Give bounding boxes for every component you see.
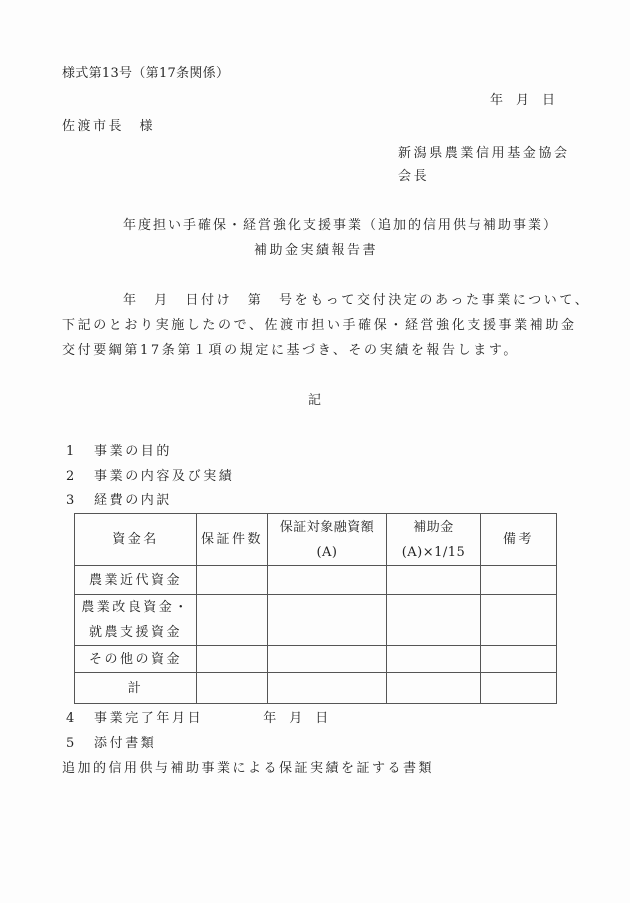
header-subsidy: 補助金 (A)×1/15 [387,514,481,566]
cell-remarks[interactable] [481,673,557,704]
fund-name-line-1: 農業改良資金・ [75,595,196,620]
item-number: 4 [66,710,94,728]
header-remarks: 備考 [481,514,557,566]
item-attachments: 5添付書類 [66,735,156,753]
header-sublabel: (A)×1/15 [387,540,480,565]
body-line-3: 交付要綱第17条第１項の規定に基づき、その実績を報告します。 [62,342,519,360]
item-label: 添付書類 [94,736,156,751]
cell-guarantee-count[interactable] [197,595,268,646]
cell-subsidy[interactable] [387,646,481,673]
completion-date-value: 年 月 日 [263,710,328,728]
cell-fund-name: その他の資金 [75,646,197,673]
item-number: 1 [66,443,94,461]
cell-fund-name: 農業近代資金 [75,566,197,595]
table-header-row: 資金名 保証件数 保証対象融資額 (A) 補助金 (A)×1/15 備考 [75,514,557,566]
cell-subsidy[interactable] [387,595,481,646]
cell-remarks[interactable] [481,646,557,673]
item-content: 2事業の内容及び実績 [66,468,234,486]
item-label: 事業の内容及び実績 [94,469,234,484]
cell-guarantee-amount[interactable] [268,566,387,595]
body-line-2: 下記のとおり実施したので、佐渡市担い手確保・経営強化支援事業補助金 [62,317,577,335]
header-fund-name: 資金名 [75,514,197,566]
cell-guarantee-count[interactable] [197,646,268,673]
body-line-1: 年 月 日付け 第 号をもって交付決定のあった事業について、 [123,292,590,310]
form-number: 様式第13号（第17条関係） [62,65,229,83]
sender-title: 会長 [398,168,429,186]
cell-remarks[interactable] [481,566,557,595]
cell-total-label: 計 [75,673,197,704]
document-title: 年度担い手確保・経営強化支援事業（追加的信用供与補助事業） [123,217,558,235]
item-number: 5 [66,735,94,753]
ki-heading: 記 [308,392,321,410]
cell-guarantee-amount[interactable] [268,595,387,646]
table-row: 農業近代資金 [75,566,557,595]
cell-guarantee-count[interactable] [197,566,268,595]
item-label: 事業の目的 [94,444,172,459]
cell-subsidy[interactable] [387,566,481,595]
report-date: 年 月 日 [490,92,555,110]
cell-guarantee-amount[interactable] [268,673,387,704]
cell-fund-name: 農業改良資金・ 就農支援資金 [75,595,197,646]
cell-remarks[interactable] [481,595,557,646]
sender-organization: 新潟県農業信用基金協会 [398,145,570,163]
item-completion-date: 4事業完了年月日年 月 日 [66,710,328,728]
fund-name-line-2: 就農支援資金 [75,620,196,645]
table-row: 農業改良資金・ 就農支援資金 [75,595,557,646]
expense-table: 資金名 保証件数 保証対象融資額 (A) 補助金 (A)×1/15 備考 農業近… [74,513,557,704]
item-label: 事業完了年月日 [94,711,203,726]
attachment-description: 追加的信用供与補助事業による保証実績を証する書類 [62,760,434,778]
document-subtitle: 補助金実績報告書 [254,242,378,260]
header-label: 補助金 [387,515,480,540]
header-guarantee-amount: 保証対象融資額 (A) [268,514,387,566]
item-number: 2 [66,468,94,486]
cell-guarantee-amount[interactable] [268,646,387,673]
table-total-row: 計 [75,673,557,704]
addressee: 佐渡市長 様 [62,118,155,136]
item-number: 3 [66,492,94,510]
item-expenses: 3経費の内訳 [66,492,172,510]
item-label: 経費の内訳 [94,493,172,508]
cell-subsidy[interactable] [387,673,481,704]
header-guarantee-count: 保証件数 [197,514,268,566]
table-row: その他の資金 [75,646,557,673]
item-purpose: 1事業の目的 [66,443,172,461]
header-label: 保証対象融資額 [268,515,386,540]
cell-guarantee-count[interactable] [197,673,268,704]
header-sublabel: (A) [268,540,386,565]
